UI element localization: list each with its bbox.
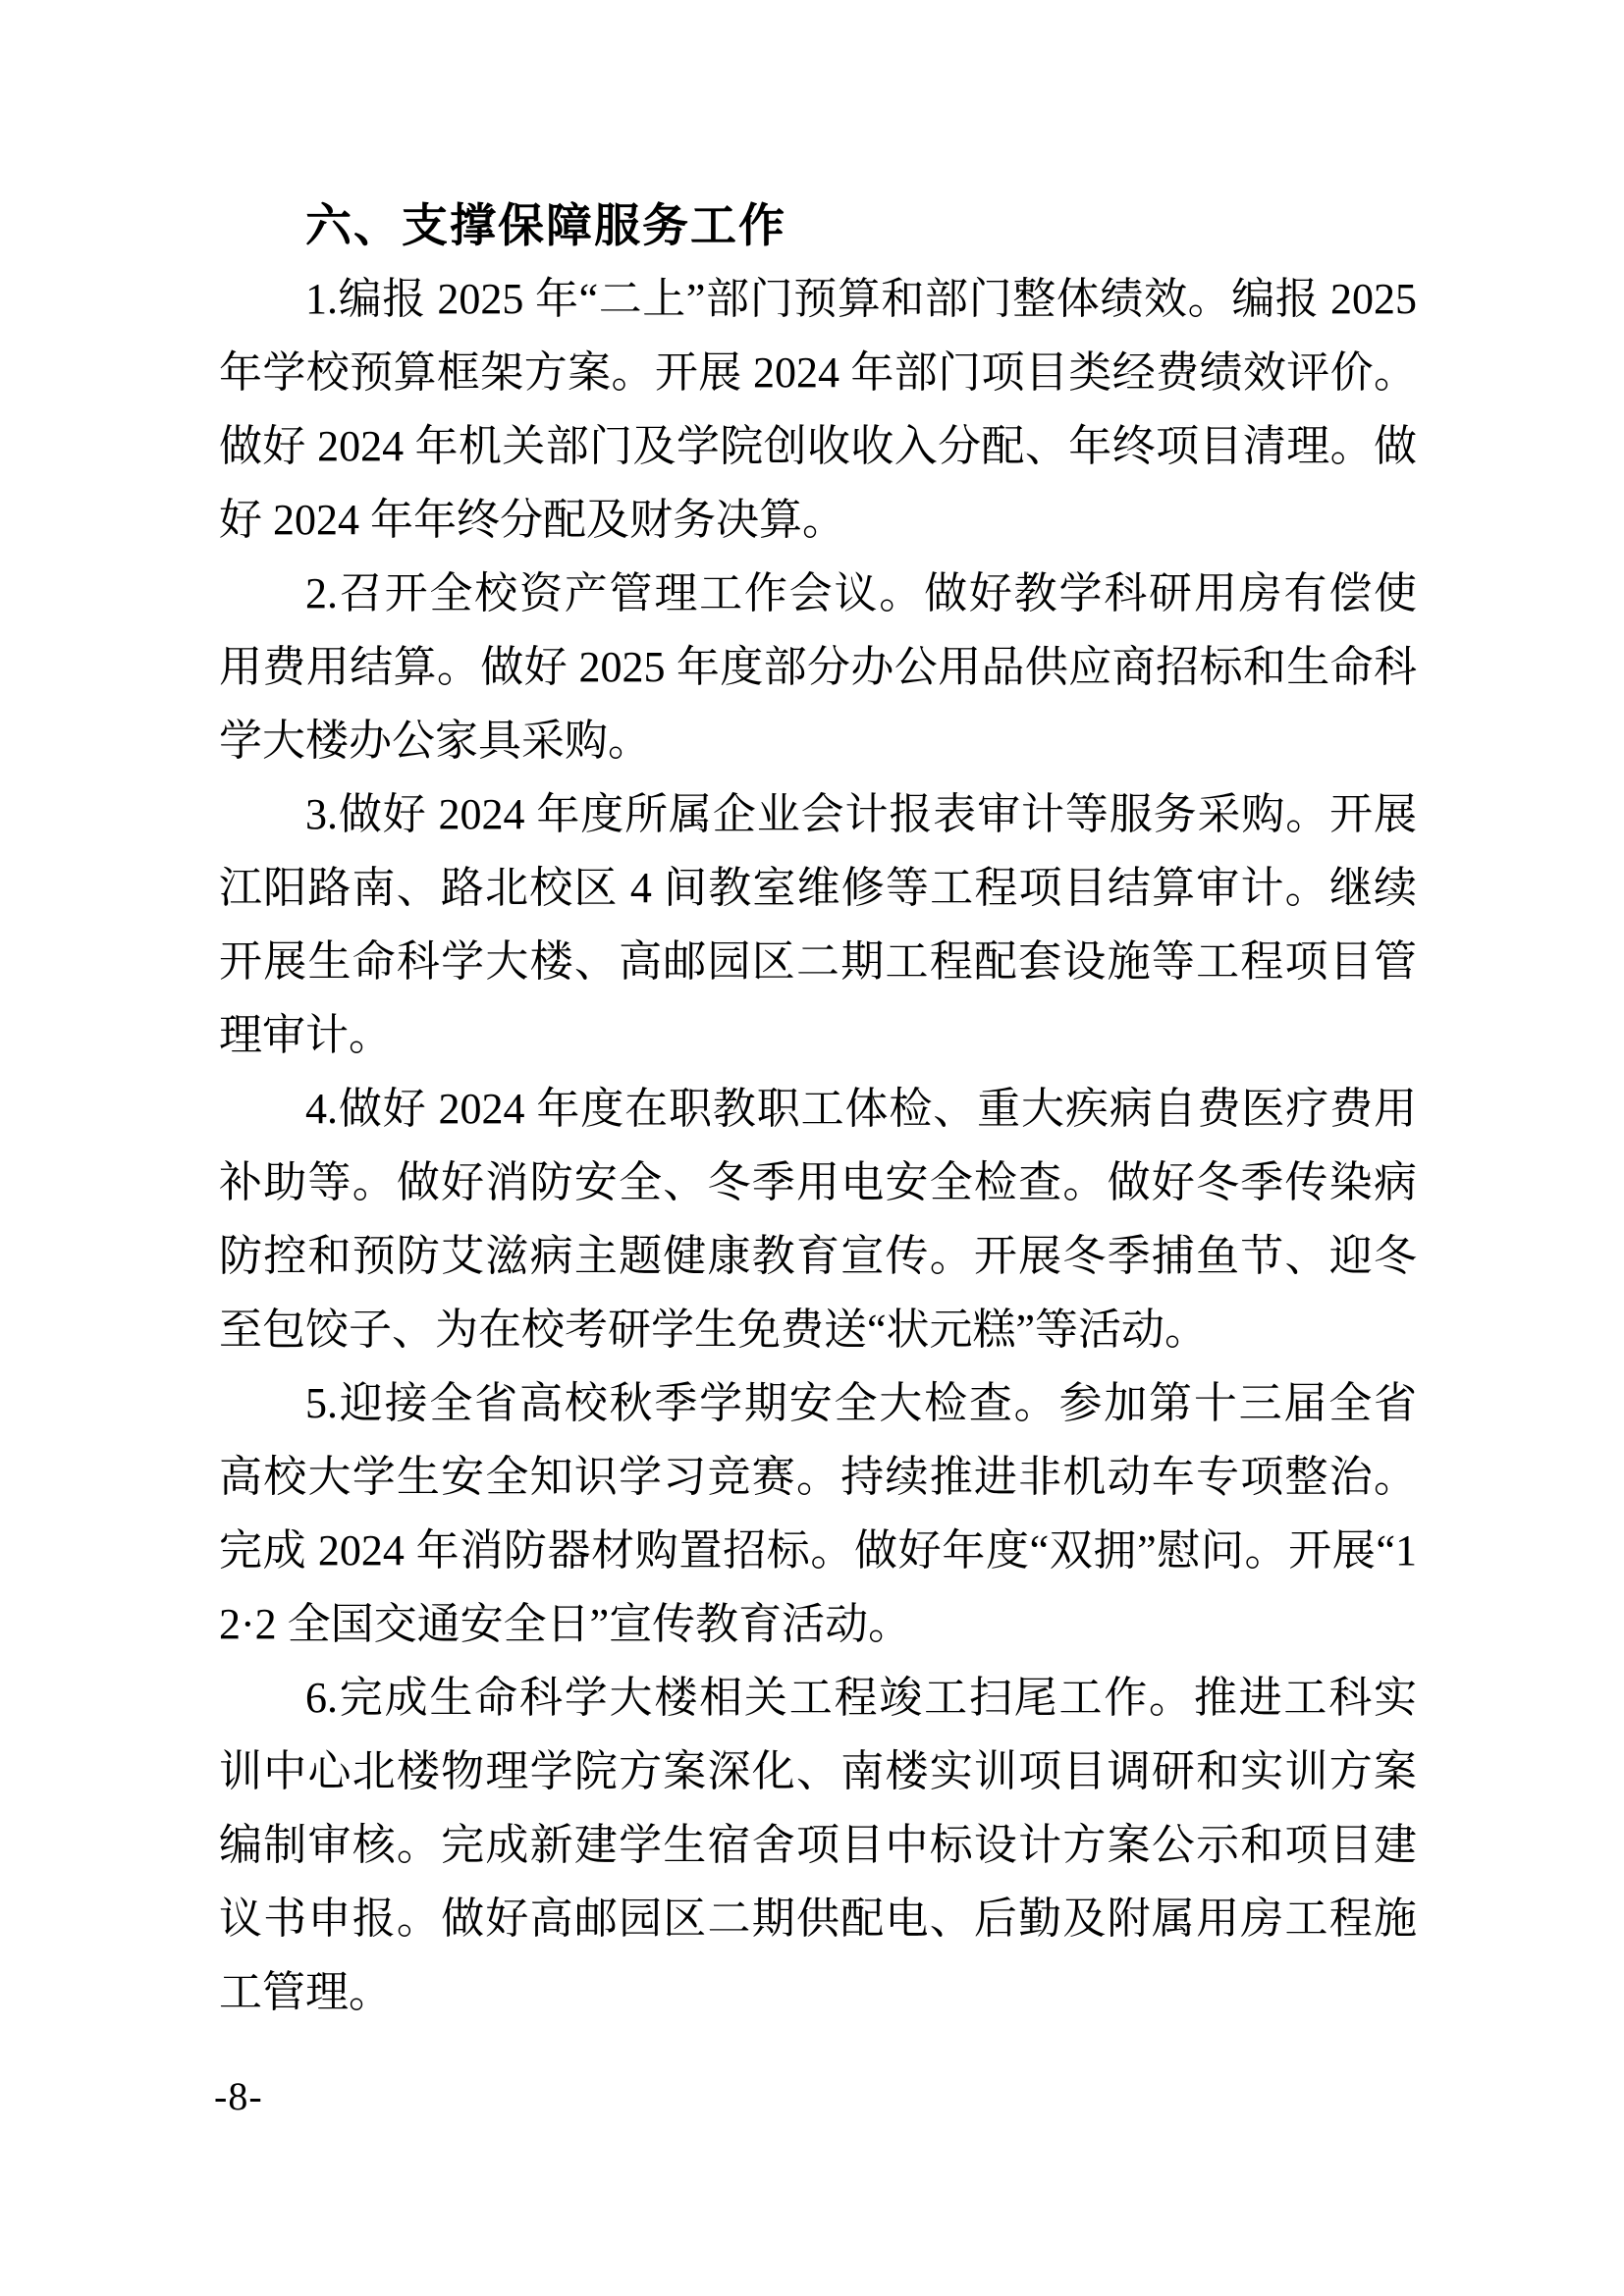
paragraph-6: 6.完成生命科学大楼相关工程竣工扫尾工作。推进工科实训中心北楼物理学院方案深化、… xyxy=(219,1661,1417,2029)
document-page: 六、支撑保障服务工作 1.编报 2025 年“二上”部门预算和部门整体绩效。编报… xyxy=(0,0,1624,2296)
paragraph-1: 1.编报 2025 年“二上”部门预算和部门整体绩效。编报 2025 年学校预算… xyxy=(219,262,1417,557)
section-heading: 六、支撑保障服务工作 xyxy=(219,188,1417,262)
paragraph-3: 3.做好 2024 年度所属企业会计报表审计等服务采购。开展江阳路南、路北校区 … xyxy=(219,777,1417,1072)
paragraph-2: 2.召开全校资产管理工作会议。做好教学科研用房有偿使用费用结算。做好 2025 … xyxy=(219,557,1417,777)
paragraph-4: 4.做好 2024 年度在职教职工体检、重大疾病自费医疗费用补助等。做好消防安全… xyxy=(219,1072,1417,1366)
document-body: 六、支撑保障服务工作 1.编报 2025 年“二上”部门预算和部门整体绩效。编报… xyxy=(219,188,1417,2029)
paragraph-5: 5.迎接全省高校秋季学期安全大检查。参加第十三届全省高校大学生安全知识学习竞赛。… xyxy=(219,1366,1417,1661)
page-number: -8- xyxy=(214,2073,263,2120)
